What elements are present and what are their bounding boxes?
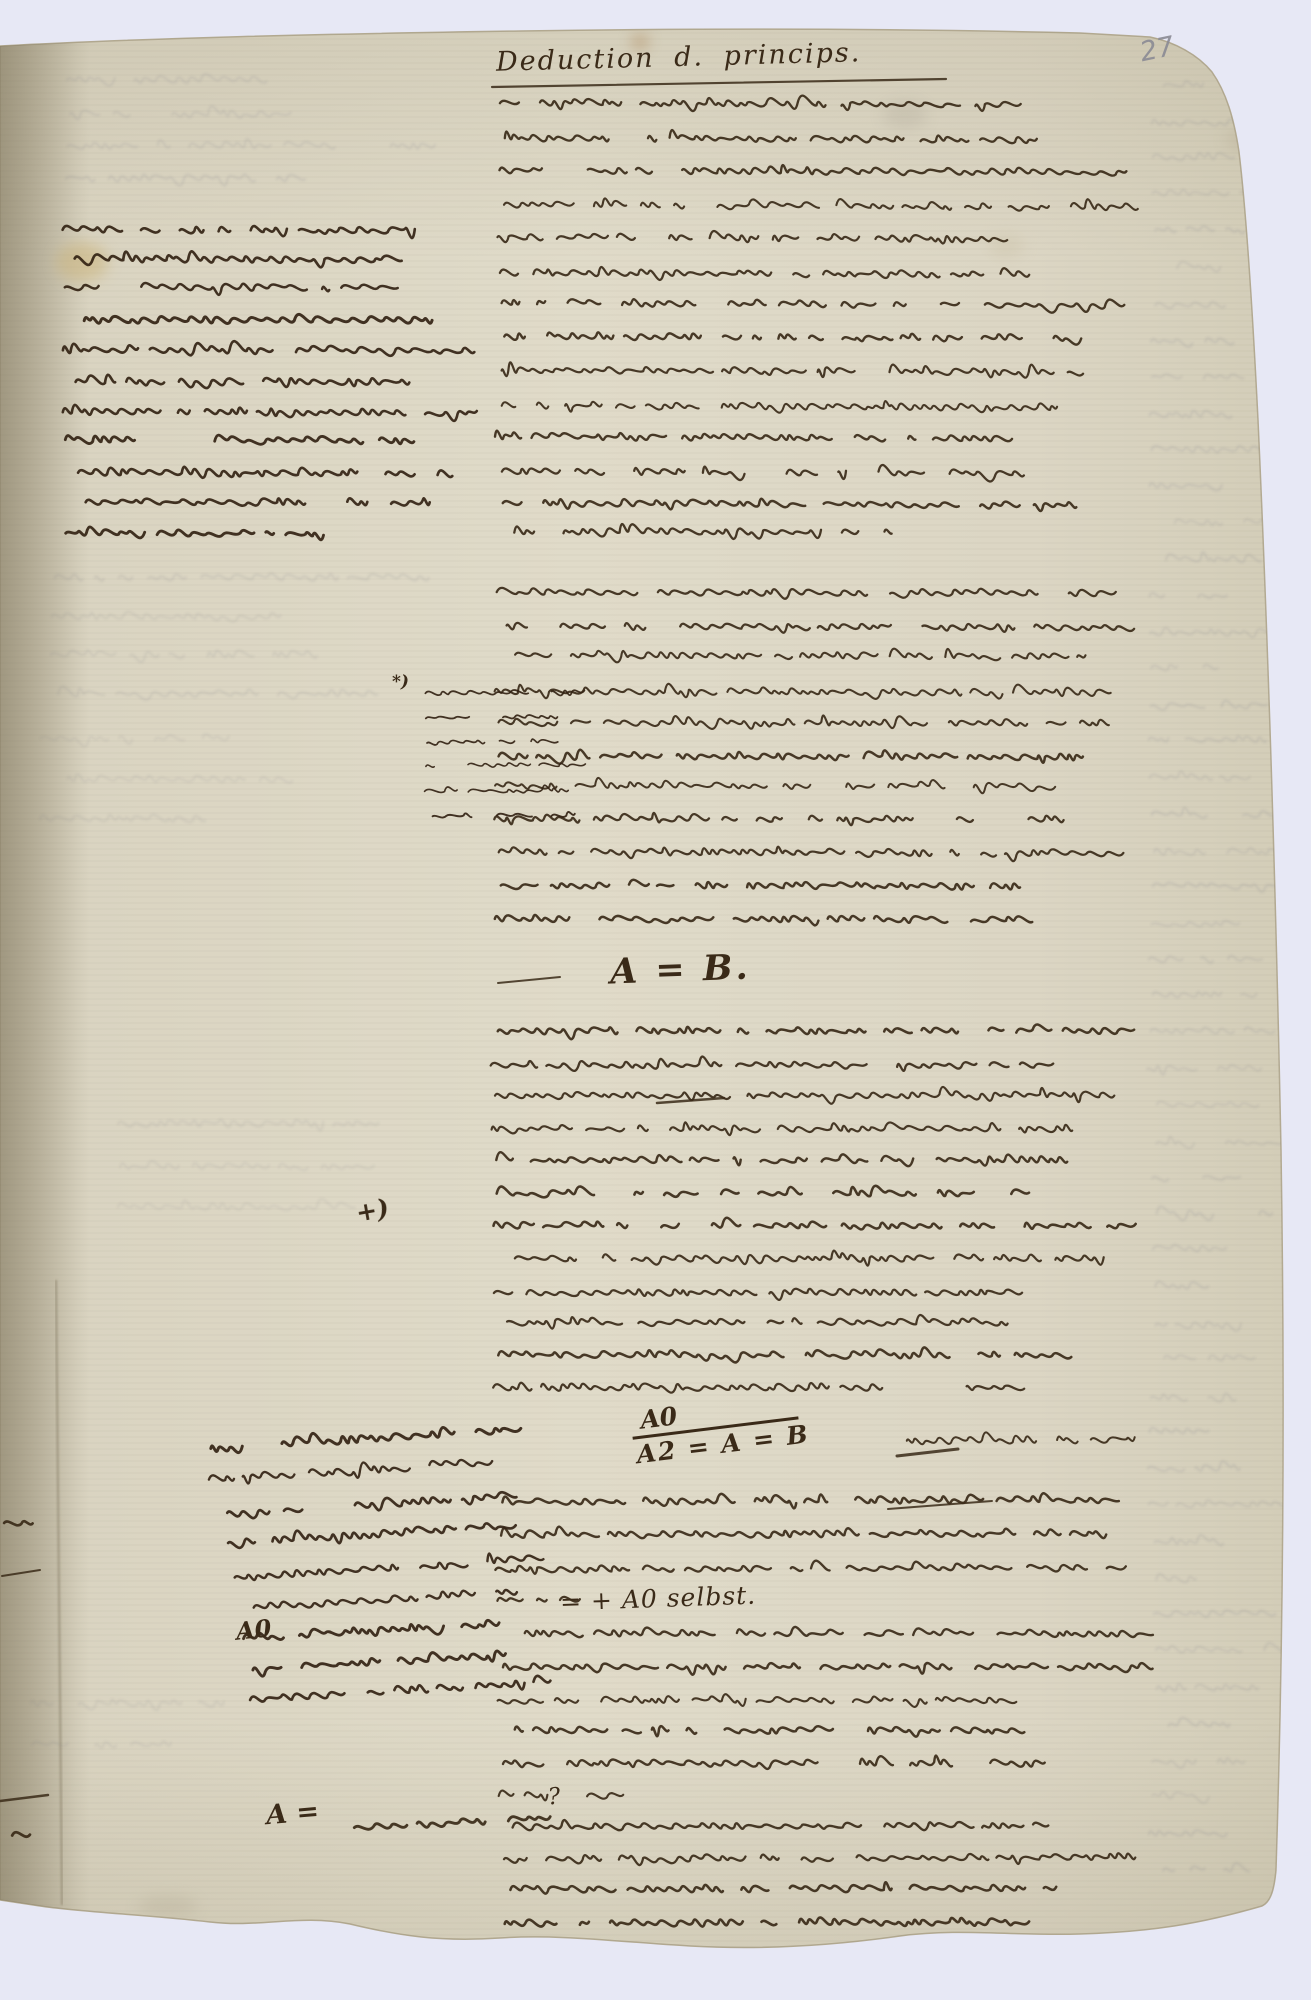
selbst-formula-line: = + A0 selbst. [560, 1583, 757, 1615]
gutter-shadow [0, 30, 90, 1910]
a0-emphasis: A0 [235, 1616, 273, 1644]
question-mark: ? [547, 1786, 561, 1810]
a-equals-start: A = [265, 1798, 320, 1830]
identity-formula: A = B. [609, 950, 751, 990]
insertion-marker: +) [354, 1195, 391, 1225]
footnote-marker: *) [392, 674, 409, 691]
scanner-background: 27 Deduction d. princips. A = B. A0 A2 =… [0, 0, 1311, 2000]
folio-page-number: 27 [1138, 33, 1177, 67]
manuscript-page [0, 0, 1311, 2000]
